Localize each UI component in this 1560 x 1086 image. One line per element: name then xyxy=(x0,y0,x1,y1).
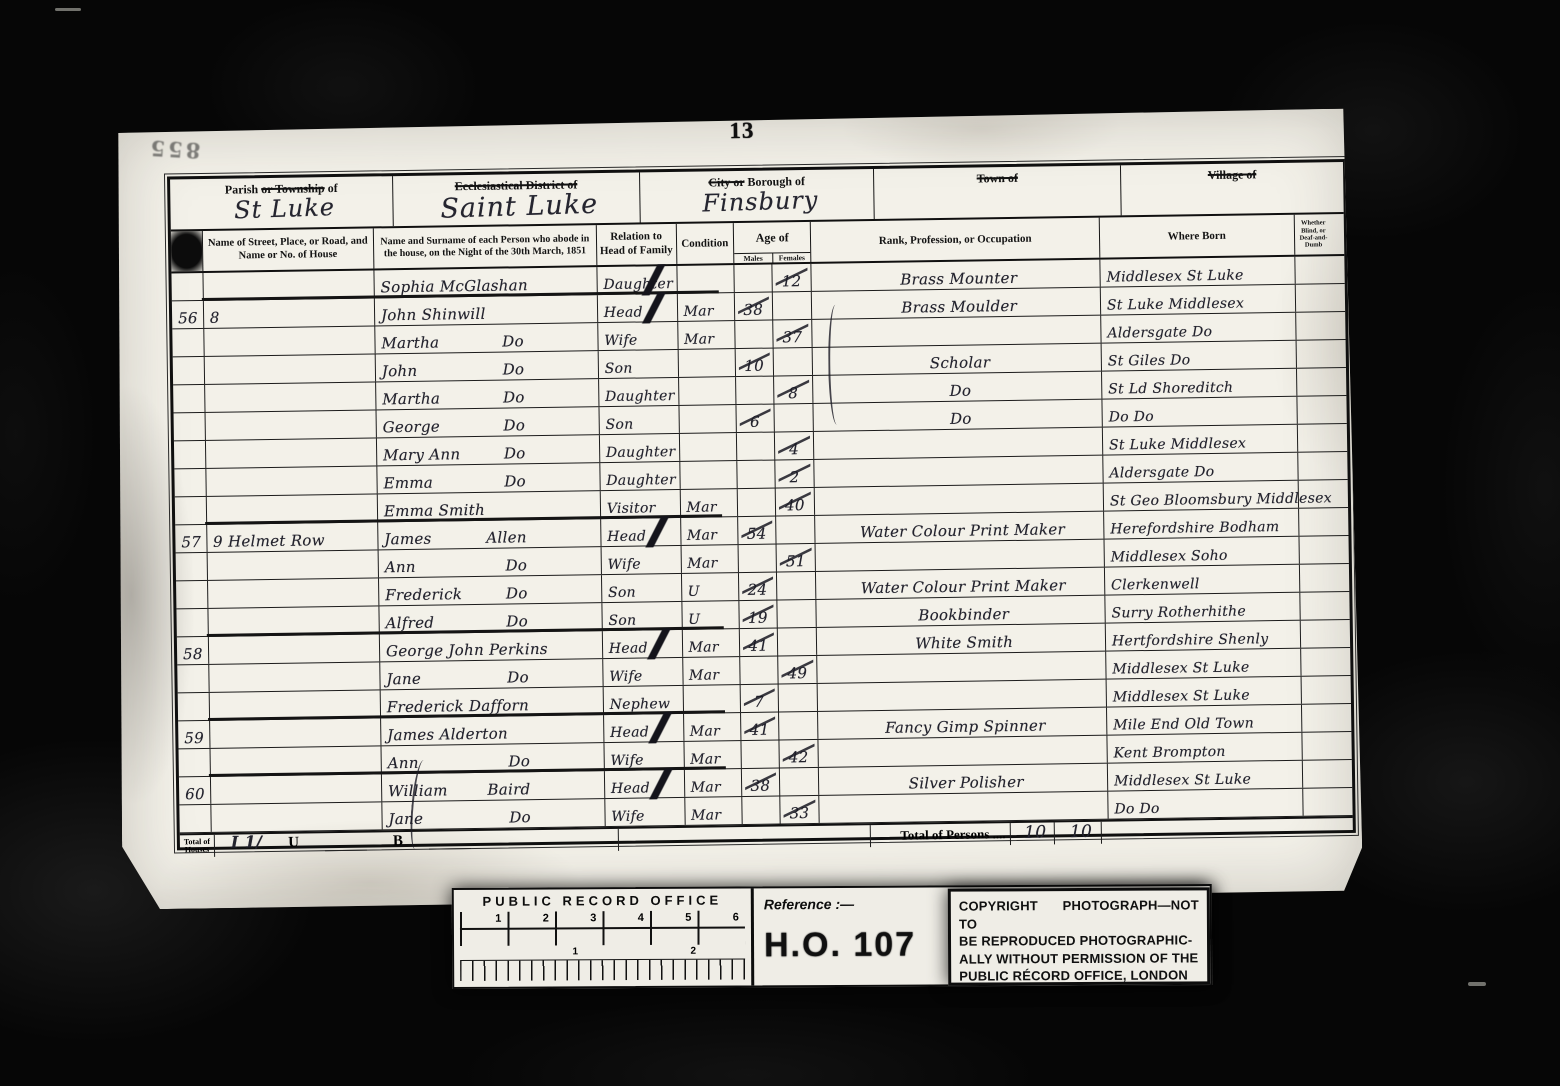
where-born-cell: Middlesex Soho xyxy=(1104,537,1299,567)
age-male-cell xyxy=(735,321,773,349)
infirm-cell xyxy=(1302,760,1340,788)
schedule-number-cell xyxy=(179,749,211,776)
condition-cell: Mar xyxy=(684,741,742,769)
schedule-number-cell: 59 xyxy=(178,721,210,748)
age-male-cell: 38 xyxy=(742,768,780,796)
age-male-cell: 41 xyxy=(740,628,778,656)
infirm-cell xyxy=(1297,368,1335,396)
relation-cell: Son xyxy=(602,574,682,602)
column-header-age-females: Females xyxy=(773,253,811,263)
infirm-cell xyxy=(1299,508,1337,536)
borough-value: Finsbury xyxy=(640,184,875,222)
column-header-condition: Condition xyxy=(676,223,734,264)
where-born-cell: Aldersgate Do xyxy=(1101,313,1296,343)
where-born-cell: St Giles Do xyxy=(1102,341,1297,371)
age-female-cell: 40 xyxy=(775,488,815,516)
relation-cell: Visitor xyxy=(600,490,680,518)
where-born-cell: Mile End Old Town xyxy=(1107,705,1302,735)
occupation-cell: Brass Moulder xyxy=(812,288,1101,319)
relation-cell: Wife xyxy=(601,546,681,574)
condition-cell: Mar xyxy=(685,797,743,825)
condition-cell: Mar xyxy=(684,713,742,741)
age-female-cell: 8 xyxy=(774,376,814,404)
schedule-number-cell xyxy=(173,385,205,412)
age-female-cell: 12 xyxy=(772,264,812,292)
header-field-ecclesiastical: Ecclesiastical District of Saint Luke xyxy=(393,172,640,226)
infirm-cell xyxy=(1298,452,1336,480)
occupation-cell xyxy=(818,680,1107,711)
age-male-cell xyxy=(741,740,779,768)
relation-cell: Wife xyxy=(604,742,684,770)
age-male-cell xyxy=(738,489,776,517)
occupation-cell: Do xyxy=(813,372,1102,403)
street-cell: 8 xyxy=(204,298,376,328)
age-female-cell xyxy=(774,404,814,432)
occupation-cell: Scholar xyxy=(813,344,1102,375)
schedule-number-cell xyxy=(171,273,203,300)
street-cell xyxy=(205,382,377,412)
relation-cell: Son xyxy=(602,602,682,630)
age-female-cell: 42 xyxy=(779,740,819,768)
relation-cell: Wife xyxy=(603,658,683,686)
condition-cell: Mar xyxy=(680,489,738,517)
total-persons-label: Total of Persons .... xyxy=(871,823,1011,847)
infirm-cell xyxy=(1295,256,1333,284)
condition-cell: Mar xyxy=(677,293,735,321)
column-header-relation: Relation to Head of Family xyxy=(597,224,677,265)
condition-cell xyxy=(679,405,737,433)
condition-cell xyxy=(679,377,737,405)
age-female-cell: 4 xyxy=(774,432,814,460)
where-born-cell: Surry Rotherhithe xyxy=(1105,593,1300,623)
occupation-cell: Bookbinder xyxy=(817,596,1106,627)
where-born-cell: Middlesex St Luke xyxy=(1108,761,1303,791)
age-female-cell: 51 xyxy=(776,544,816,572)
where-born-cell: Herefordshire Bodham xyxy=(1104,509,1299,539)
total-persons-males: 10 xyxy=(1010,822,1055,845)
header-field-parish: Parish or Township of St Luke xyxy=(170,176,394,229)
condition-cell xyxy=(680,461,738,489)
age-female-cell xyxy=(772,292,812,320)
column-header-age-males: Males xyxy=(734,254,773,264)
condition-cell xyxy=(683,685,741,713)
condition-cell: U xyxy=(682,601,740,629)
relation-cell: Daughter xyxy=(600,462,680,490)
where-born-cell: Clerkenwell xyxy=(1105,565,1300,595)
infirm-cell xyxy=(1301,676,1339,704)
relation-cell: Daughter xyxy=(599,378,679,406)
infirm-cell xyxy=(1302,732,1340,760)
occupation-cell xyxy=(816,540,1105,571)
schedule-number-cell xyxy=(175,497,207,524)
age-male-cell: 10 xyxy=(736,349,774,377)
inch-ruler: 1 2 3 4 5 6 xyxy=(460,910,745,945)
occupation-cell xyxy=(819,736,1108,767)
age-male-cell: 7 xyxy=(741,684,779,712)
occupation-cell xyxy=(820,792,1109,823)
infirm-cell xyxy=(1295,284,1333,312)
header-field-town: Town of xyxy=(874,165,1121,219)
age-male-cell xyxy=(736,377,774,405)
where-born-cell: St Ld Shoreditch xyxy=(1102,369,1297,399)
infirm-cell xyxy=(1299,536,1337,564)
relation-cell: Head xyxy=(601,518,681,546)
occupation-cell xyxy=(814,428,1103,459)
name-cell: William Baird xyxy=(382,771,605,801)
condition-cell: Mar xyxy=(678,321,736,349)
condition-cell: U xyxy=(681,573,739,601)
age-male-cell xyxy=(739,545,777,573)
street-cell xyxy=(211,774,383,804)
infirm-cell xyxy=(1298,480,1336,508)
film-scratch xyxy=(1468,982,1486,986)
name-cell: John Do xyxy=(376,351,599,381)
occupation-cell: Brass Mounter xyxy=(812,260,1101,291)
name-cell: James Allen xyxy=(378,519,601,549)
relation-cell: Son xyxy=(599,406,679,434)
relation-cell: Wife xyxy=(598,322,678,350)
infirm-cell xyxy=(1296,340,1334,368)
street-cell xyxy=(207,550,379,580)
infirm-cell xyxy=(1296,312,1334,340)
age-male-cell xyxy=(740,656,778,684)
street-cell xyxy=(210,718,382,748)
column-header-occupation: Rank, Profession, or Occupation xyxy=(811,218,1100,262)
infirm-cell xyxy=(1297,396,1335,424)
name-cell: Jane Do xyxy=(382,799,605,829)
age-female-cell xyxy=(778,684,818,712)
name-cell: Mary Ann Do xyxy=(377,435,600,465)
occupation-cell xyxy=(815,484,1104,515)
column-header-born: Where Born xyxy=(1100,215,1295,258)
where-born-cell: Do Do xyxy=(1108,789,1303,819)
occupation-cell: White Smith xyxy=(817,624,1106,655)
relation-cell: Head xyxy=(605,770,685,798)
schedule-number-cell xyxy=(176,609,208,636)
age-male-cell: 41 xyxy=(741,712,779,740)
name-cell: James Alderton xyxy=(381,715,604,745)
schedule-number-cell xyxy=(172,329,204,356)
name-cell: Martha Do xyxy=(376,379,599,409)
condition-cell: Mar xyxy=(683,657,741,685)
age-female-cell xyxy=(777,600,817,628)
relation-cell: Head xyxy=(604,714,684,742)
pro-ruler: PUBLIC RECORD OFFICE 1 2 3 4 5 6 1 2 xyxy=(454,888,755,987)
where-born-cell: St Geo Bloomsbury Middlesex xyxy=(1104,481,1299,511)
total-houses-building: B xyxy=(393,833,403,850)
infirm-cell xyxy=(1300,592,1338,620)
street-cell xyxy=(211,802,383,832)
where-born-cell: Do Do xyxy=(1102,397,1297,427)
condition-cell xyxy=(677,265,735,293)
folio-stamp: 855 xyxy=(147,135,201,163)
age-female-cell: 49 xyxy=(778,656,818,684)
street-cell xyxy=(206,438,378,468)
schedule-number-cell: 57 xyxy=(175,525,207,552)
occupation-cell: Silver Polisher xyxy=(819,764,1108,795)
relation-cell: Wife xyxy=(605,798,685,826)
name-cell: John Shinwill xyxy=(375,295,598,325)
schedule-number-cell xyxy=(176,581,208,608)
occupation-cell: Do xyxy=(814,400,1103,431)
street-cell xyxy=(205,410,377,440)
where-born-cell: Aldersgate Do xyxy=(1103,453,1298,483)
header-field-village: Village of xyxy=(1121,162,1344,215)
where-born-cell: St Luke Middlesex xyxy=(1101,285,1296,315)
schedule-number-cell xyxy=(179,805,211,832)
condition-cell: Mar xyxy=(681,545,739,573)
where-born-cell: Middlesex St Luke xyxy=(1107,677,1302,707)
age-female-cell xyxy=(779,712,819,740)
schedule-number-cell xyxy=(174,469,206,496)
age-male-cell: 24 xyxy=(739,572,777,600)
census-sheet: 855 13 Parish or Township of St Luke Ecc… xyxy=(113,108,1363,909)
infirm-cell xyxy=(1297,424,1335,452)
header-field-borough: City or Borough of Finsbury xyxy=(640,169,876,222)
name-cell: George John Perkins xyxy=(380,631,603,661)
occupation-cell xyxy=(815,456,1104,487)
where-born-cell: Hertfordshire Shenly xyxy=(1106,621,1301,651)
occupation-cell: Water Colour Print Maker xyxy=(816,568,1105,599)
relation-cell: Nephew xyxy=(603,686,683,714)
schedule-number-cell xyxy=(177,665,209,692)
infirm-cell xyxy=(1301,648,1339,676)
column-header-age: Age of Males Females xyxy=(734,222,812,263)
infirm-cell xyxy=(1300,620,1338,648)
age-female-cell xyxy=(779,768,819,796)
age-female-cell xyxy=(773,348,813,376)
relation-cell: Daughter xyxy=(597,266,677,294)
district-value: Saint Luke xyxy=(393,187,639,228)
condition-cell: Mar xyxy=(684,769,742,797)
schedule-number-cell xyxy=(174,413,206,440)
schedule-number-cell: 60 xyxy=(179,777,211,804)
street-cell xyxy=(204,354,376,384)
street-cell xyxy=(208,578,380,608)
street-cell: 9 Helmet Row xyxy=(207,522,379,552)
total-houses-values: I 1/ U B xyxy=(215,829,619,857)
census-table: Parish or Township of St Luke Ecclesiast… xyxy=(167,159,1356,850)
age-male-cell xyxy=(737,433,775,461)
copyright-notice: COPYRIGHT PHOTOGRAPH—NOT TO BE REPRODUCE… xyxy=(948,887,1211,985)
infirm-cell xyxy=(1302,704,1340,732)
street-cell xyxy=(209,634,381,664)
condition-cell xyxy=(679,433,737,461)
name-cell: Ann Do xyxy=(378,547,601,577)
parish-value: St Luke xyxy=(170,191,393,228)
occupation-cell xyxy=(818,652,1107,683)
age-male-cell xyxy=(734,265,772,293)
street-cell xyxy=(204,326,376,356)
name-cell: Frederick Do xyxy=(379,575,602,605)
where-born-cell: Kent Brompton xyxy=(1107,733,1302,763)
relation-cell: Son xyxy=(598,350,678,378)
total-persons-females: 10 xyxy=(1055,822,1102,845)
age-male-cell: 38 xyxy=(735,293,773,321)
age-male-cell: 19 xyxy=(739,600,777,628)
infirm-cell xyxy=(1300,564,1338,592)
name-cell: Martha Do xyxy=(375,323,598,353)
table-body: Sophia McGlashan Daughter 12 Brass Mount… xyxy=(171,256,1352,833)
scan-background: { "page": { "number": "13", "folio_stamp… xyxy=(0,0,1560,1086)
name-cell: George Do xyxy=(376,407,599,437)
relation-cell: Daughter xyxy=(600,434,680,462)
occupation-cell: Fancy Gimp Spinner xyxy=(818,708,1107,739)
street-cell xyxy=(206,466,378,496)
occupation-cell xyxy=(813,316,1102,347)
condition-cell: Mar xyxy=(682,629,740,657)
cm-ruler: 1 2 xyxy=(460,958,745,980)
where-born-cell: Middlesex St Luke xyxy=(1106,649,1301,679)
age-female-cell xyxy=(776,516,816,544)
age-male-cell: 54 xyxy=(738,517,776,545)
age-female-cell: 37 xyxy=(773,320,813,348)
schedule-number-cell xyxy=(176,553,208,580)
age-male-cell: 6 xyxy=(736,405,774,433)
condition-cell: Mar xyxy=(681,517,739,545)
street-cell xyxy=(209,662,381,692)
column-header-street: Name of Street, Place, or Road, and Name… xyxy=(202,228,374,271)
schedule-number-cell xyxy=(174,441,206,468)
schedule-number-cell xyxy=(173,357,205,384)
page-number: 13 xyxy=(729,118,754,144)
age-male-cell xyxy=(742,796,780,824)
where-born-cell: Middlesex St Luke xyxy=(1100,257,1295,287)
relation-cell: Head xyxy=(598,294,678,322)
infirm-cell xyxy=(1303,788,1341,816)
age-female-cell xyxy=(777,628,817,656)
schedule-number-cell: 58 xyxy=(177,637,209,664)
schedule-number-cell: 56 xyxy=(172,301,204,328)
age-female-cell xyxy=(776,572,816,600)
total-houses-inhabited: I 1/ xyxy=(225,834,262,853)
total-houses-label: Total of Houses xyxy=(180,835,215,858)
column-header-name: Name and Surname of each Person who abod… xyxy=(374,225,597,268)
column-header-infirm: Whether Blind, or Deaf-and-Dumb xyxy=(1294,214,1332,255)
age-female-cell: 33 xyxy=(780,796,820,824)
name-cell: Emma Do xyxy=(377,463,600,493)
schedule-number-cell xyxy=(178,693,210,720)
total-houses-uninhabited: U xyxy=(288,835,299,852)
field-label-struck: City or xyxy=(708,175,744,190)
condition-cell xyxy=(678,349,736,377)
age-male-cell xyxy=(737,461,775,489)
where-born-cell: St Luke Middlesex xyxy=(1103,425,1298,455)
relation-cell: Head xyxy=(603,630,683,658)
film-scratch xyxy=(55,8,81,11)
occupation-cell: Water Colour Print Maker xyxy=(816,512,1105,543)
field-label: Parish xyxy=(225,182,259,196)
column-header-schedule-smudge xyxy=(171,231,203,271)
age-female-cell: 2 xyxy=(775,460,815,488)
pro-title: PUBLIC RECORD OFFICE xyxy=(460,892,745,908)
name-cell: Jane Do xyxy=(380,659,603,689)
